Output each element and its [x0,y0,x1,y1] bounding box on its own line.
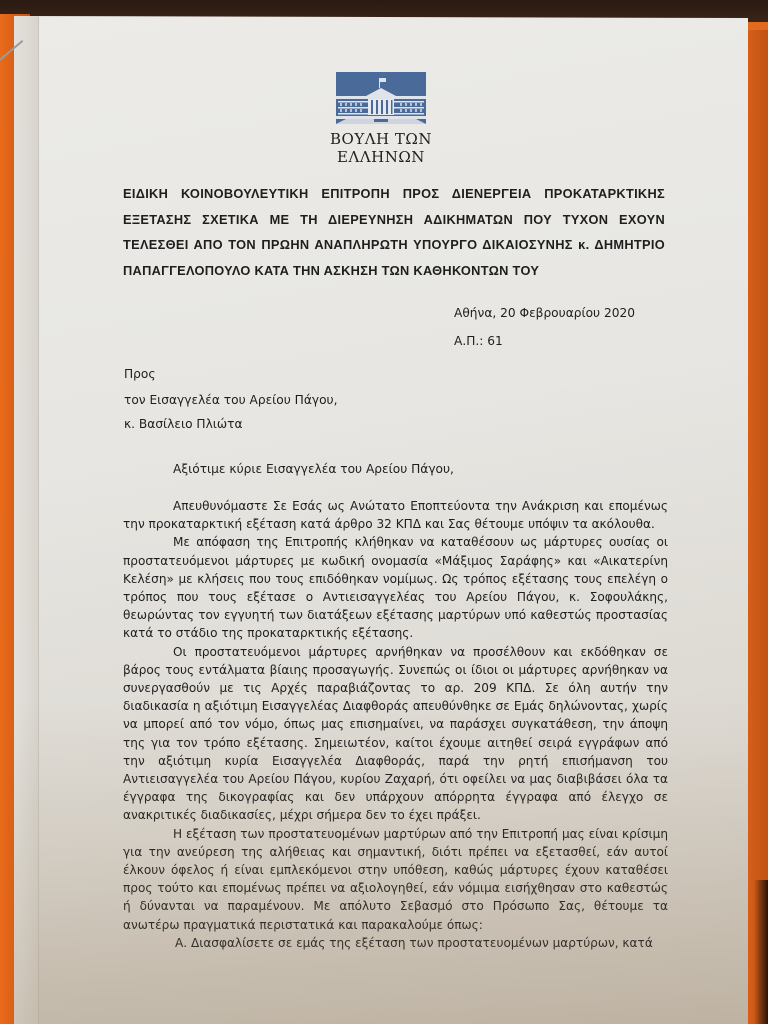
page-edge [14,16,39,1024]
committee-title: ΕΙΔΙΚΗ ΚΟΙΝΟΒΟΥΛΕΥΤΙΚΗ ΕΠΙΤΡΟΠΗ ΠΡΟΣ ΔΙΕ… [123,181,665,283]
parliament-building-icon [336,72,426,124]
letter-body: Απευθυνόμαστε Σε Εσάς ως Ανώτατο Εποπτεύ… [123,497,668,952]
shadow-right [754,880,768,1024]
protocol-number: Α.Π.: 61 [454,334,503,348]
paragraph: Η εξέταση των προστατευομένων μαρτύρων α… [123,825,668,934]
orange-folder-right [746,30,768,1024]
recipient-name: κ. Βασίλειο Πλιώτα [124,417,243,431]
salutation: Αξιότιμε κύριε Εισαγγελέα του Αρείου Πάγ… [173,462,454,476]
paragraph: Με απόφαση της Επιτροπής κλήθηκαν να κατ… [123,533,668,642]
recipient-office: τον Εισαγγελέα του Αρείου Πάγου, [124,393,337,407]
request-item: Α. Διασφαλίσετε σε εμάς της εξέταση των … [123,934,668,952]
paragraph: Απευθυνόμαστε Σε Εσάς ως Ανώτατο Εποπτεύ… [123,497,668,533]
letter-date: Αθήνα, 20 Φεβρουαρίου 2020 [454,306,635,320]
recipient-to-label: Προς [124,367,156,381]
institution-name: ΒΟΥΛΗ ΤΩΝ ΕΛΛΗΝΩΝ [300,130,462,166]
paragraph: Οι προστατευόμενοι μάρτυρες αρνήθηκαν να… [123,643,668,825]
